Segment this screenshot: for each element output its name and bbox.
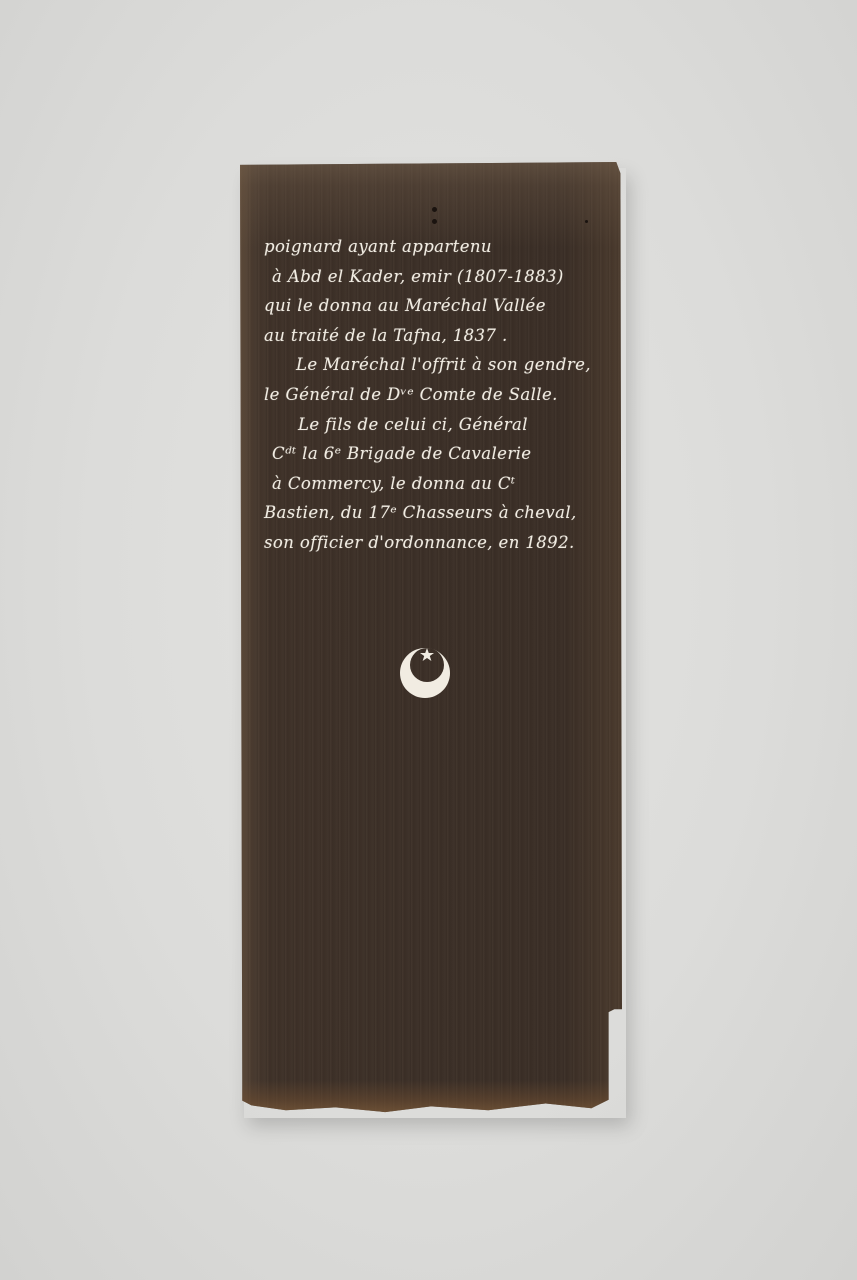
inscription-line: qui le donna au Maréchal Vallée	[264, 291, 624, 321]
inscription-line: Le Maréchal l'offrit à son gendre,	[264, 350, 624, 380]
crescent-and-star-icon	[398, 643, 456, 701]
inscription-line: poignard ayant appartenu	[264, 232, 624, 262]
nail-hole	[585, 220, 588, 223]
inscription-line: le Général de Dᵛᵉ Comte de Salle.	[264, 380, 624, 410]
inscription-line: Bastien, du 17ᵉ Chasseurs à cheval,	[264, 498, 624, 528]
nail-hole	[432, 207, 437, 212]
inscription-line: Le fils de celui ci, Général	[264, 410, 624, 440]
board-left-edge	[240, 162, 254, 1114]
painted-inscription: poignard ayant appartenu à Abd el Kader,…	[264, 232, 624, 558]
inscription-line: à Commercy, le donna au Cᵗ	[264, 469, 624, 499]
inscription-line: à Abd el Kader, emir (1807-1883)	[264, 262, 624, 292]
inscription-line: son officier d'ordonnance, en 1892.	[264, 528, 624, 558]
nail-hole	[432, 219, 437, 224]
inscription-line: Cᵈᵗ la 6ᵉ Brigade de Cavalerie	[264, 439, 624, 469]
inscription-line: au traité de la Tafna, 1837 .	[264, 321, 624, 351]
